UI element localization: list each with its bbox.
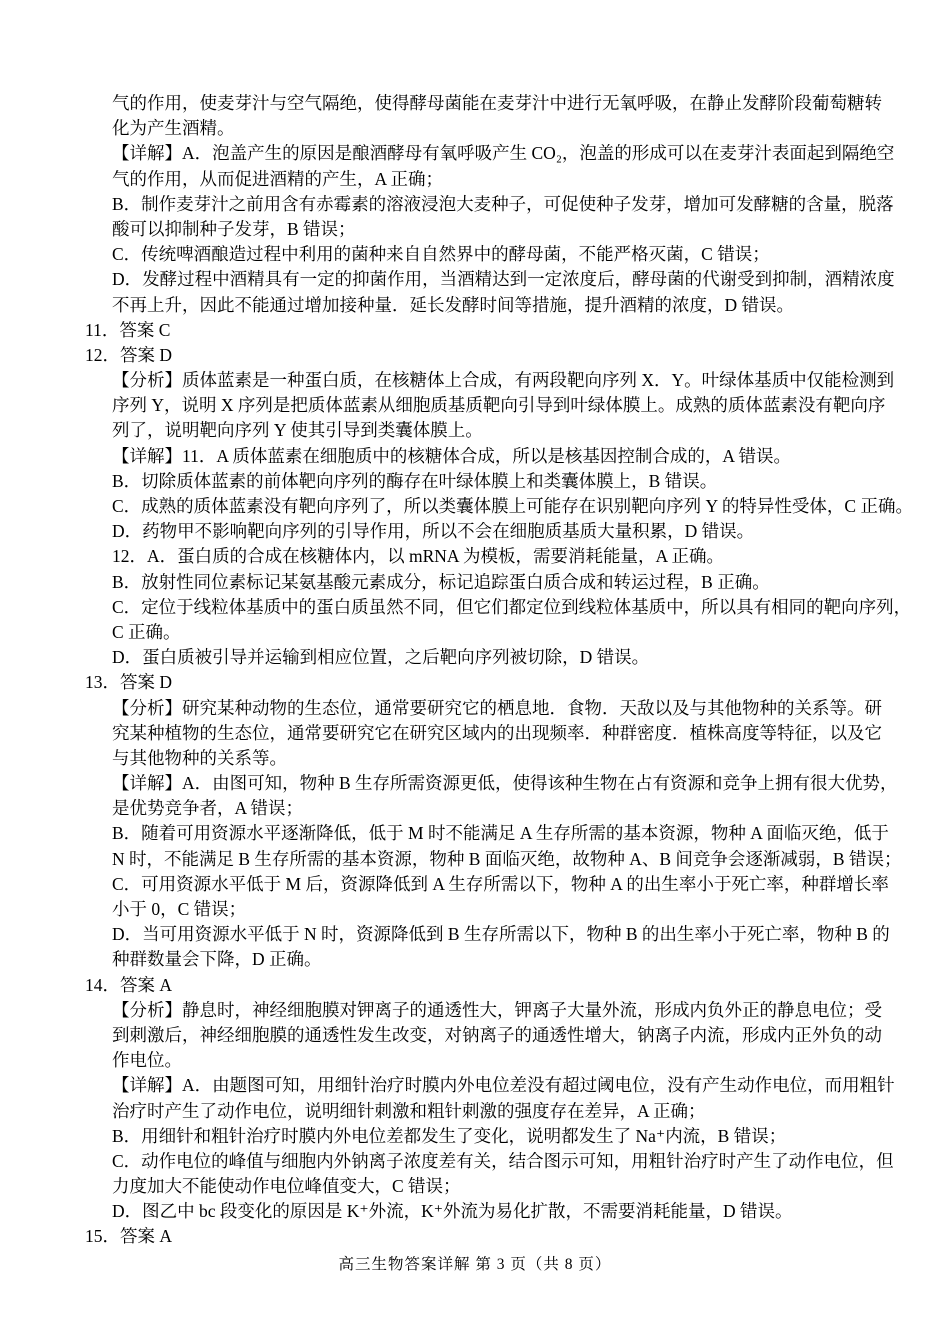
text-line: 气的作用，使麦芽汁与空气隔绝，使得酵母菌能在麦芽汁中进行无氧呼吸，在静止发酵阶段… bbox=[0, 91, 950, 116]
text-line: C．动作电位的峰值与细胞内外钠离子浓度差有关，结合图示可知，用粗针治疗时产生了动… bbox=[0, 1149, 950, 1174]
text-line: C．成熟的质体蓝素没有靶向序列了，所以类囊体膜上可能存在识别靶向序列 Y 的特异… bbox=[0, 494, 950, 519]
text-line: 14．答案 A bbox=[0, 973, 950, 998]
text-line: 不再上升，因此不能通过增加接种量．延长发酵时间等措施，提升酒精的浓度，D 错误。 bbox=[0, 293, 950, 318]
text-line: 化为产生酒精。 bbox=[0, 116, 950, 141]
text-line: 治疗时产生了动作电位，说明细针刺激和粗针刺激的强度存在差异，A 正确； bbox=[0, 1099, 950, 1124]
text-line: B．放射性同位素标记某氨基酸元素成分，标记追踪蛋白质合成和转运过程，B 正确。 bbox=[0, 570, 950, 595]
text-line: 种群数量会下降，D 正确。 bbox=[0, 947, 950, 972]
document-content: 气的作用，使麦芽汁与空气隔绝，使得酵母菌能在麦芽汁中进行无氧呼吸，在静止发酵阶段… bbox=[0, 91, 950, 1250]
text-line: B．切除质体蓝素的前体靶向序列的酶存在叶绿体膜上和类囊体膜上，B 错误。 bbox=[0, 469, 950, 494]
text-line: 【详解】A．由图可知，物种 B 生存所需资源更低，使得该种生物在占有资源和竞争上… bbox=[0, 771, 950, 796]
text-line: B．制作麦芽汁之前用含有赤霉素的溶液浸泡大麦种子，可促使种子发芽，增加可发酵糖的… bbox=[0, 192, 950, 217]
text-line: D．发酵过程中酒精具有一定的抑菌作用，当酒精达到一定浓度后，酵母菌的代谢受到抑制… bbox=[0, 267, 950, 292]
text-line: C．定位于线粒体基质中的蛋白质虽然不同，但它们都定位到线粒体基质中，所以具有相同… bbox=[0, 595, 950, 620]
text-line: D．图乙中 bc 段变化的原因是 K⁺外流，K⁺外流为易化扩散，不需要消耗能量，… bbox=[0, 1199, 950, 1224]
text-line: 气的作用，从而促进酒精的产生，A 正确； bbox=[0, 167, 950, 192]
text-line: 12．答案 D bbox=[0, 343, 950, 368]
text-line: D．药物甲不影响靶向序列的引导作用，所以不会在细胞质基质大量积累，D 错误。 bbox=[0, 519, 950, 544]
text-line: 小于 0，C 错误； bbox=[0, 897, 950, 922]
text-line: 到刺激后，神经细胞膜的通透性发生改变，对钠离子的通透性增大，钠离子内流，形成内正… bbox=[0, 1023, 950, 1048]
text-line: 列了，说明靶向序列 Y 使其引导到类囊体膜上。 bbox=[0, 418, 950, 443]
page-footer: 高三生物答案详解 第 3 页（共 8 页） bbox=[0, 1252, 950, 1274]
text-line: 作电位。 bbox=[0, 1048, 950, 1073]
text-line: 【分析】静息时，神经细胞膜对钾离子的通透性大，钾离子大量外流，形成内负外正的静息… bbox=[0, 998, 950, 1023]
text-line: 序列 Y，说明 X 序列是把质体蓝素从细胞质基质靶向引导到叶绿体膜上。成熟的质体… bbox=[0, 393, 950, 418]
text-line: 【分析】研究某种动物的生态位，通常要研究它的栖息地．食物．天敌以及与其他物种的关… bbox=[0, 696, 950, 721]
text-line: 【详解】11．A 质体蓝素在细胞质中的核糖体合成，所以是核基因控制合成的，A 错… bbox=[0, 444, 950, 469]
text-line: B．随着可用资源水平逐渐降低，低于 M 时不能满足 A 生存所需的基本资源，物种… bbox=[0, 821, 950, 846]
text-line: 是优势竞争者，A 错误； bbox=[0, 796, 950, 821]
text-line: N 时，不能满足 B 生存所需的基本资源，物种 B 面临灭绝，故物种 A、B 间… bbox=[0, 847, 950, 872]
text-line: C．可用资源水平低于 M 后，资源降低到 A 生存所需以下，物种 A 的出生率小… bbox=[0, 872, 950, 897]
text-line: 11．答案 C bbox=[0, 318, 950, 343]
text-line: 究某种植物的生态位，通常要研究它在研究区域内的出现频率．种群密度．植株高度等特征… bbox=[0, 721, 950, 746]
text-line: D．蛋白质被引导并运输到相应位置，之后靶向序列被切除，D 错误。 bbox=[0, 645, 950, 670]
text-line: 酸可以抑制种子发芽，B 错误； bbox=[0, 217, 950, 242]
text-line: 力度加大不能使动作电位峰值变大，C 错误； bbox=[0, 1174, 950, 1199]
text-line: D．当可用资源水平低于 N 时，资源降低到 B 生存所需以下，物种 B 的出生率… bbox=[0, 922, 950, 947]
text-line: 12．A．蛋白质的合成在核糖体内，以 mRNA 为模板，需要消耗能量，A 正确。 bbox=[0, 544, 950, 569]
text-line: 15．答案 A bbox=[0, 1224, 950, 1249]
document-page: 气的作用，使麦芽汁与空气隔绝，使得酵母菌能在麦芽汁中进行无氧呼吸，在静止发酵阶段… bbox=[0, 0, 950, 1344]
text-line: C 正确。 bbox=[0, 620, 950, 645]
text-line: 13．答案 D bbox=[0, 670, 950, 695]
text-line: 【详解】A．由题图可知，用细针治疗时膜内外电位差没有超过阈电位，没有产生动作电位… bbox=[0, 1073, 950, 1098]
text-line: 【分析】质体蓝素是一种蛋白质，在核糖体上合成，有两段靶向序列 X．Y。叶绿体基质… bbox=[0, 368, 950, 393]
text-line: C．传统啤酒酿造过程中利用的菌种来自自然界中的酵母菌，不能严格灭菌，C 错误； bbox=[0, 242, 950, 267]
text-line: 与其他物种的关系等。 bbox=[0, 746, 950, 771]
text-line: B．用细针和粗针治疗时膜内外电位差都发生了变化，说明都发生了 Na⁺内流，B 错… bbox=[0, 1124, 950, 1149]
text-line: 【详解】A．泡盖产生的原因是酿酒酵母有氧呼吸产生 CO₂，泡盖的形成可以在麦芽汁… bbox=[0, 141, 950, 166]
